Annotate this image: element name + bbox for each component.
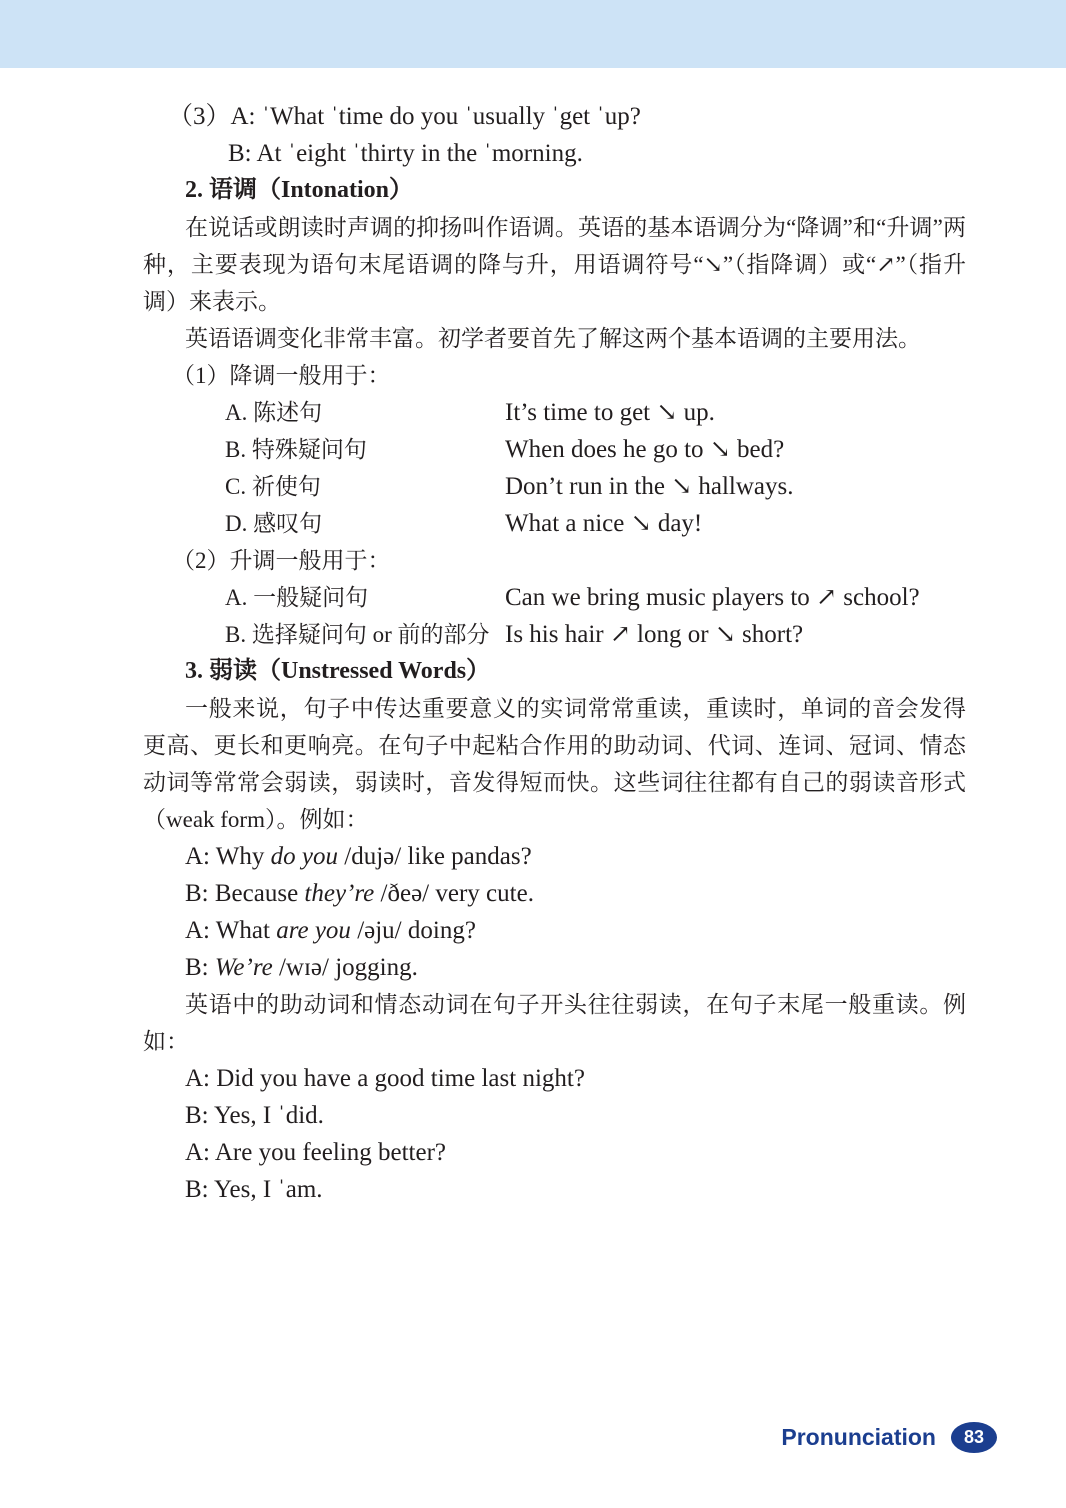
page-number-badge: 83 [951,1422,997,1453]
textbook-page: （3）A: ˈWhat ˈtime do you ˈusually ˈget ˈ… [0,0,1066,1508]
sentence-type-label: A. 陈述句 [225,394,505,431]
rising-tone-title: （2）升调一般用于： [143,542,966,579]
section-heading-intonation: 2. 语调（Intonation） [143,172,966,209]
unstressed-paragraph-1: 一般来说，句子中传达重要意义的实词常常重读，重读时，单词的音会发得更高、更长和更… [143,690,966,838]
weak-form-dialogue-line: B: Because they’re /ðeə/ very cute. [143,875,966,912]
rising-tone-item: B. 选择疑问句 or 前的部分 Is his hair ↗ long or ↘… [143,616,966,653]
example-sentence: Is his hair ↗ long or ↘ short? [505,616,966,653]
intonation-paragraph-1: 在说话或朗读时声调的抑扬叫作语调。英语的基本语调分为“降调”和“升调”两种，主要… [143,209,966,320]
page-footer: Pronunciation 83 [781,1422,997,1453]
rising-tone-item: A. 一般疑问句 Can we bring music players to ↗… [143,579,966,616]
page-content: （3）A: ˈWhat ˈtime do you ˈusually ˈget ˈ… [0,68,1066,1208]
sentence-type-label: C. 祈使句 [225,468,505,505]
dialogue-text: A: Why [185,843,271,870]
stress-dialogue-line: A: Are you feeling better? [143,1134,966,1171]
intonation-paragraph-2: 英语语调变化非常丰富。初学者要首先了解这两个基本语调的主要用法。 [143,320,966,357]
dialogue-text: /wɪə/ jogging. [273,954,418,981]
sentence-type-label: A. 一般疑问句 [225,579,505,616]
weak-word-italic: We’re [215,954,273,981]
falling-tone-item: D. 感叹句 What a nice ↘ day! [143,505,966,542]
stressed-dialogue-line-a: （3）A: ˈWhat ˈtime do you ˈusually ˈget ˈ… [143,98,966,135]
example-sentence: Don’t run in the ↘ hallways. [505,468,966,505]
dialogue-text: B: Because [185,880,304,907]
dialogue-text: /dujə/ like pandas? [338,843,532,870]
dialogue-text: B: [185,954,215,981]
stress-dialogue-line: B: Yes, I ˈam. [143,1171,966,1208]
sentence-type-label: B. 特殊疑问句 [225,431,505,468]
weak-form-dialogue-line: A: Why do you /dujə/ like pandas? [143,838,966,875]
falling-tone-item: C. 祈使句 Don’t run in the ↘ hallways. [143,468,966,505]
footer-section-label: Pronunciation [781,1424,936,1451]
stress-dialogue-line: A: Did you have a good time last night? [143,1060,966,1097]
stressed-dialogue-line-b: B: At ˈeight ˈthirty in the ˈmorning. [143,135,966,172]
weak-word-italic: do you [271,843,338,870]
dialogue-text: A: What [185,917,276,944]
sentence-type-label: D. 感叹句 [225,505,505,542]
example-sentence: When does he go to ↘ bed? [505,431,966,468]
unstressed-paragraph-2: 英语中的助动词和情态动词在句子开头往往弱读，在句子末尾一般重读。例如： [143,986,966,1060]
header-band [0,0,1066,68]
sentence-type-label: B. 选择疑问句 or 前的部分 [225,616,505,653]
stress-dialogue-line: B: Yes, I ˈdid. [143,1097,966,1134]
falling-tone-item: B. 特殊疑问句 When does he go to ↘ bed? [143,431,966,468]
weak-word-italic: they’re [304,880,374,907]
dialogue-text: /əju/ doing? [351,917,476,944]
example-sentence: Can we bring music players to ↗ school? [505,579,966,616]
section-heading-unstressed-words: 3. 弱读（Unstressed Words） [143,653,966,690]
dialogue-text: /ðeə/ very cute. [374,880,534,907]
weak-word-italic: are you [276,917,351,944]
example-sentence: What a nice ↘ day! [505,505,966,542]
example-sentence: It’s time to get ↘ up. [505,394,966,431]
falling-tone-item: A. 陈述句 It’s time to get ↘ up. [143,394,966,431]
falling-tone-title: （1）降调一般用于： [143,357,966,394]
weak-form-dialogue-line: A: What are you /əju/ doing? [143,912,966,949]
weak-form-dialogue-line: B: We’re /wɪə/ jogging. [143,949,966,986]
